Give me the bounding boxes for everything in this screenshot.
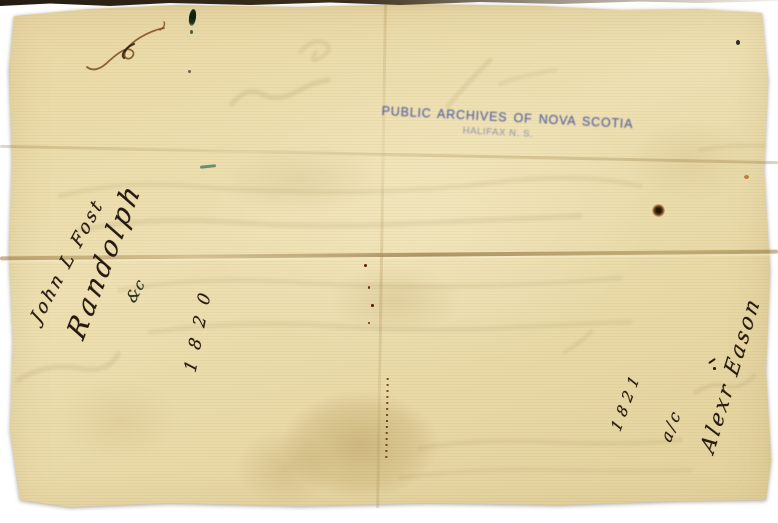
paper-sheet-wrap [0,0,778,523]
paper-sheet [0,0,778,523]
document-scan: PUBLIC ARCHIVES OF NOVA SCOTIA HALIFAX N… [0,0,778,523]
